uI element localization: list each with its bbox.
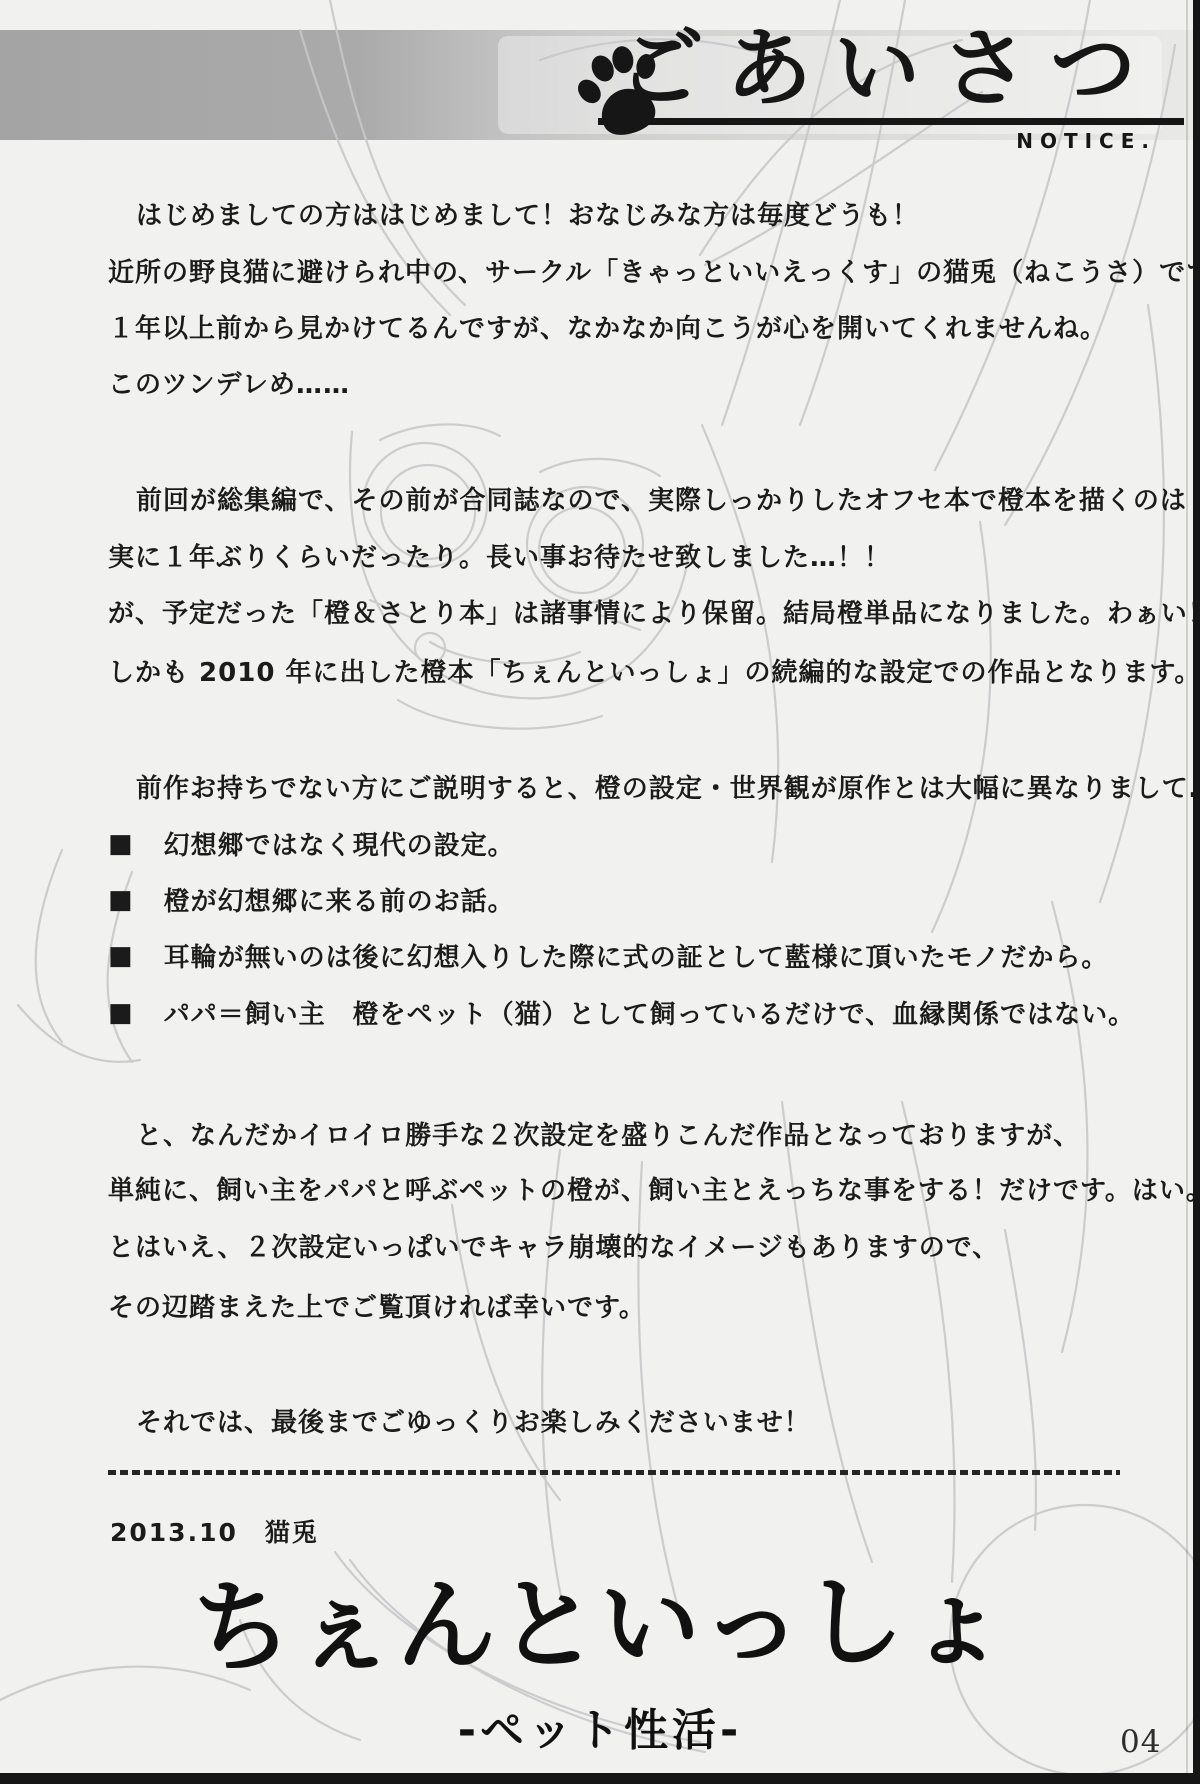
- bullet-item: ■ 耳輪が無いのは後に幻想入りした際に式の証として藍様に頂いたモノだから。: [108, 937, 1108, 974]
- body-text-line: とはいえ、２次設定いっぱいでキャラ崩壊的なイメージもありますので、: [108, 1227, 999, 1264]
- scanned-doujin-page: ごあいさつ NOTICE. はじめましての方ははじめまして！おなじみな方は毎度ど…: [0, 0, 1200, 1784]
- page-number: 04: [1120, 1724, 1161, 1760]
- title-underline: [598, 118, 1184, 125]
- date-signature: 2013.10 猫兎: [110, 1513, 319, 1549]
- dashed-divider: [108, 1470, 1120, 1475]
- bullet-square-icon: ■: [108, 885, 133, 915]
- bullet-text: 幻想郷ではなく現代の設定。: [164, 831, 515, 861]
- body-text-line: 実に１年ぶりくらいだったり。長い事お待たせ致しました…！！: [108, 537, 891, 574]
- notice-label: NOTICE.: [1016, 129, 1156, 153]
- body-text-line: 近所の野良猫に避けられ中の、サークル「きゃっといいえっくす」の猫兎（ねこうさ）で…: [108, 252, 1200, 289]
- book-title: ちぇんといっしょ: [0, 1567, 1200, 1682]
- body-text-line: 前回が総集編で、その前が合同誌なので、実際しっかりしたオフセ本で橙本を描くのは: [136, 480, 1187, 517]
- body-text-line: しかも 2010 年に出した橙本「ちぇんといっしょ」の続編的な設定での作品となり…: [108, 652, 1200, 689]
- bullet-square-icon: ■: [108, 829, 133, 859]
- page-title: ごあいさつ: [618, 26, 1158, 112]
- bullet-item: ■ 橙が幻想郷に来る前のお話。: [108, 881, 515, 918]
- closing-line: それでは、最後までごゆっくりお楽しみくださいませ！: [136, 1402, 811, 1439]
- body-text-line: が、予定だった「橙＆さとり本」は諸事情により保留。結局橙単品になりました。わぁい…: [108, 593, 1200, 630]
- bullet-text: 橙が幻想郷に来る前のお話。: [164, 887, 515, 917]
- bullet-square-icon: ■: [108, 941, 133, 971]
- bullet-text: パパ＝飼い主 橙をペット（猫）として飼っているだけで、血縁関係ではない。: [164, 1000, 1135, 1030]
- body-text-line: はじめましての方ははじめまして！おなじみな方は毎度どうも！: [136, 195, 919, 232]
- book-subtitle: -ペット性活-: [0, 1694, 1200, 1758]
- bullet-text: 耳輪が無いのは後に幻想入りした際に式の証として藍様に頂いたモノだから。: [164, 943, 1109, 973]
- body-text-line: 単純に、飼い主をパパと呼ぶペットの橙が、飼い主とえっちな事をする！だけです。はい…: [108, 1170, 1200, 1207]
- body-text-line: １年以上前から見かけてるんですが、なかなか向こうが心を開いてくれませんね。: [108, 308, 1107, 345]
- bullet-item: ■ パパ＝飼い主 橙をペット（猫）として飼っているだけで、血縁関係ではない。: [108, 994, 1135, 1031]
- page-edge-right: [1193, 0, 1200, 1784]
- body-text-line: 前作お持ちでない方にご説明すると、橙の設定・世界観が原作とは大幅に異なりまして…: [136, 768, 1200, 805]
- body-text-line: このツンデレめ……: [108, 364, 350, 401]
- page-edge-bottom: [0, 1773, 1200, 1784]
- body-text-line: と、なんだかイロイロ勝手な２次設定を盛りこんだ作品となっておりますが、: [136, 1115, 1080, 1152]
- page-edge-line: [1186, 0, 1188, 1784]
- bullet-square-icon: ■: [108, 998, 133, 1028]
- bullet-item: ■ 幻想郷ではなく現代の設定。: [108, 825, 515, 862]
- body-text-line: その辺踏まえた上でご覧頂ければ幸いです。: [108, 1287, 646, 1324]
